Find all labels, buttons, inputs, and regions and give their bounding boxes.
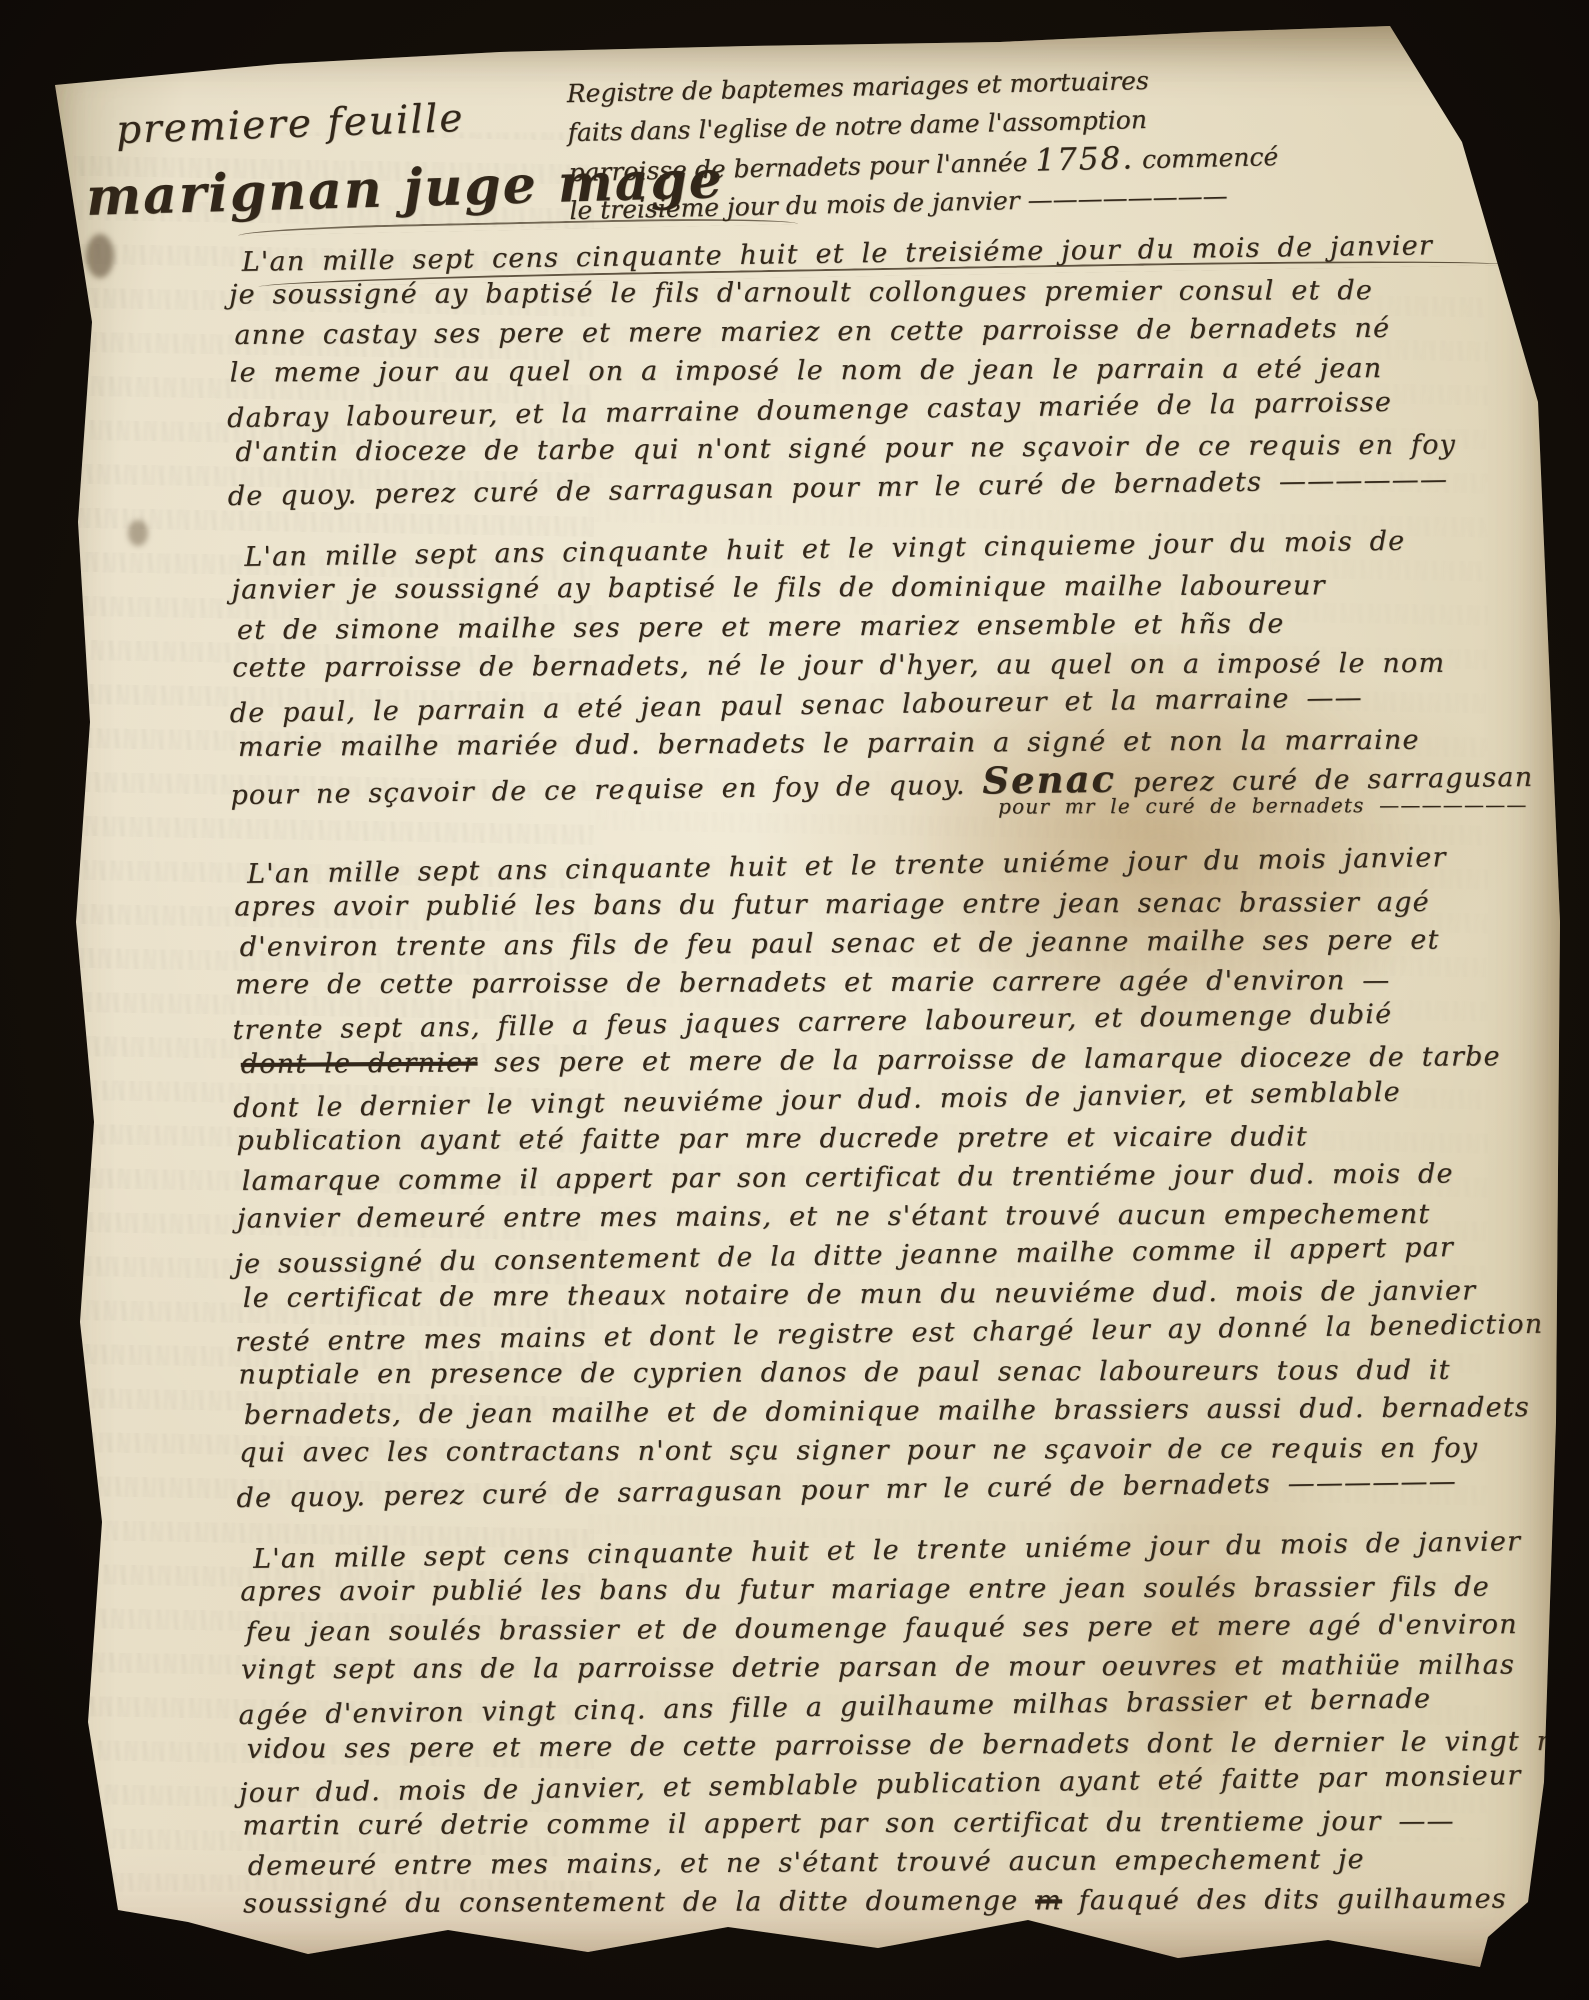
script-text: et de simone mailhe ses pere et mere mar… [237,609,1285,646]
paper-spot-left-mid [128,520,148,546]
baptism-entry-paul-mailhe: L'an mille sept ans cinquante huit et le… [228,523,1531,829]
register-entries: L'an mille sept cens cinquante huit et l… [226,228,1541,1948]
manuscript-line: apres avoir publié les bans du futur mar… [240,1567,1540,1611]
baptism-entry-jean-collongues: L'an mille sept cens cinquante huit et l… [226,228,1528,512]
manuscript-line: demeuré entre mes mains, et ne s'étant t… [248,1839,1548,1886]
script-text: d'environ trente ans fils de feu paul se… [240,925,1440,963]
manuscript-line: soussigné du consentement de la ditte do… [243,1879,1543,1923]
script-text: cette parroisse de bernadets, né le jour… [232,648,1445,684]
marriage-entry-senac-carrere: L'an mille sept ans cinquante huit et le… [231,840,1537,1514]
script-text: lamarque comme il appert par son certifi… [242,1159,1454,1197]
register-title: Registre de baptemes mariages et mortuai… [566,58,1289,230]
manuscript-line: feu jean soulés brassier et de doumenge … [246,1605,1546,1652]
manuscript-line: martin curé detrie comme il appert par s… [242,1801,1542,1845]
script-text: commencé [1134,142,1279,174]
manuscript-line: je soussigné ay baptisé le fils d'arnoul… [229,271,1529,315]
manuscript-line: nuptiale en presence de cyprien danos de… [238,1350,1538,1394]
script-text: martin curé detrie comme il appert par s… [242,1806,1454,1842]
script-text: de quoy. perez curé de sarragusan pour m… [228,464,1449,512]
manuscript-line: bernadets, de jean mailhe et de dominiqu… [244,1388,1544,1435]
manuscript-line: pour mr le curé de bernadets ——————— [234,792,1534,827]
manuscript-line: lamarque comme il appert par son certifi… [242,1154,1542,1201]
manuscript-line: publication ayant eté faitte par mre duc… [236,1116,1536,1160]
script-text: feu jean soulés brassier et de doumenge … [246,1609,1518,1648]
script-text: apres avoir publié les bans du futur mar… [234,887,1430,923]
struck-text: m [1035,1885,1062,1916]
script-text: publication ayant eté faitte par mre duc… [236,1121,1308,1156]
marriage-entry-soules-milhas: L'an mille sept cens cinquante huit et l… [237,1525,1540,1926]
script-text: nuptiale en presence de cyprien danos de… [238,1355,1450,1391]
script-text: apres avoir publié les bans du futur mar… [240,1572,1490,1608]
script-text: mere de cette parroisse de bernadets et … [235,965,1390,1000]
script-text: demeuré entre mes mains, et ne s'étant t… [248,1844,1365,1882]
script-text: janvier je soussigné ay baptisé le fils … [232,570,1326,605]
manuscript-line: apres avoir publié les bans du futur mar… [234,882,1534,926]
script-text: je soussigné ay baptisé le fils d'arnoul… [229,275,1373,310]
manuscript-line: janvier je soussigné ay baptisé le fils … [232,566,1532,610]
manuscript-line: et de simone mailhe ses pere et mere mar… [237,603,1537,650]
manuscript-line: d'environ trente ans fils de feu paul se… [240,920,1540,967]
script-text: qui avec les contractans n'ont sçu signe… [239,1433,1478,1469]
script-text: pour mr le curé de bernadets ——————— [998,793,1528,819]
paper-spot-left-upper [86,234,114,278]
margin-note-premiere-feuille: premiere feuille [115,96,465,153]
script-text: le meme jour au quel on a imposé le nom … [230,353,1383,388]
struck-text: dont le dernier [241,1047,478,1079]
manuscript-line: anne castay ses pere et mere mariez en c… [234,308,1534,355]
script-text: fauqué des dits guilhaumes [1062,1884,1507,1917]
emphasized-script: 1758. [1035,140,1135,178]
script-text: soussigné du consentement de la ditte do… [243,1885,1035,1919]
script-text: janvier demeuré entre mes mains, et ne s… [237,1199,1430,1235]
script-text: anne castay ses pere et mere mariez en c… [234,313,1390,351]
manuscript-page: premiere feuille marignan juge mage Regi… [28,22,1568,1980]
script-text: bernadets, de jean mailhe et de dominiqu… [244,1392,1530,1431]
script-text: de quoy. perez curé de sarragusan pour m… [236,1466,1457,1514]
